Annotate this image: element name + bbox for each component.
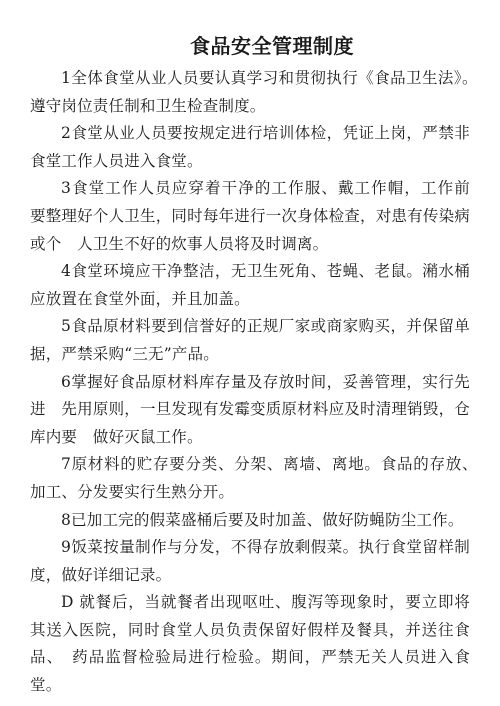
paragraph-9: 9饭菜按量制作与分发，不得存放剩假菜。执行食堂留样制度，做好详细记录。 <box>30 534 470 589</box>
paragraph-5: 5食品原材料要到信誉好的正规厂家或商家购买，并保留单 据，严禁采购“三无”产品。 <box>30 313 470 368</box>
document-title: 食品安全管理制度 <box>30 34 470 58</box>
document-page: 食品安全管理制度 1全体食堂从业人员要认真学习和贯彻执行《食品卫生法》。 遵守岗… <box>0 0 500 706</box>
paragraph-3: 3食堂工作人员应穿着干净的工作服、戴工作帽，工作前 要整理好个人卫生，同时每年进… <box>30 175 470 258</box>
paragraph-2: 2食堂从业人员要按规定进行培训体检，凭证上岗，严禁非 食堂工作人员进入食堂。 <box>30 120 470 175</box>
paragraph-1: 1全体食堂从业人员要认真学习和贯彻执行《食品卫生法》。 遵守岗位责任制和卫生检查… <box>30 65 470 120</box>
paragraph-4: 4食堂环境应干净整洁，无卫生死角、苍蝇、老鼠。潲水桶 应放置在食堂外面，并且加盖… <box>30 258 470 313</box>
paragraph-8: 8已加工完的假菜盛桶后要及时加盖、做好防蝇防尘工作。 <box>30 507 470 535</box>
document-body: 1全体食堂从业人员要认真学习和贯彻执行《食品卫生法》。 遵守岗位责任制和卫生检查… <box>30 65 470 700</box>
paragraph-7: 7原材料的贮存要分类、分架、离墙、离地。食品的存放、 加工、分发要实行生熟分开。 <box>30 451 470 506</box>
paragraph-10: D 就餐后，当就餐者出现呕吐、腹泻等现象时，要立即将 其送入医院，同时食堂人员负… <box>30 589 470 699</box>
paragraph-6: 6掌握好食品原材料库存量及存放时间，妥善管理，实行先进 先用原则，一旦发现有发霉… <box>30 369 470 452</box>
